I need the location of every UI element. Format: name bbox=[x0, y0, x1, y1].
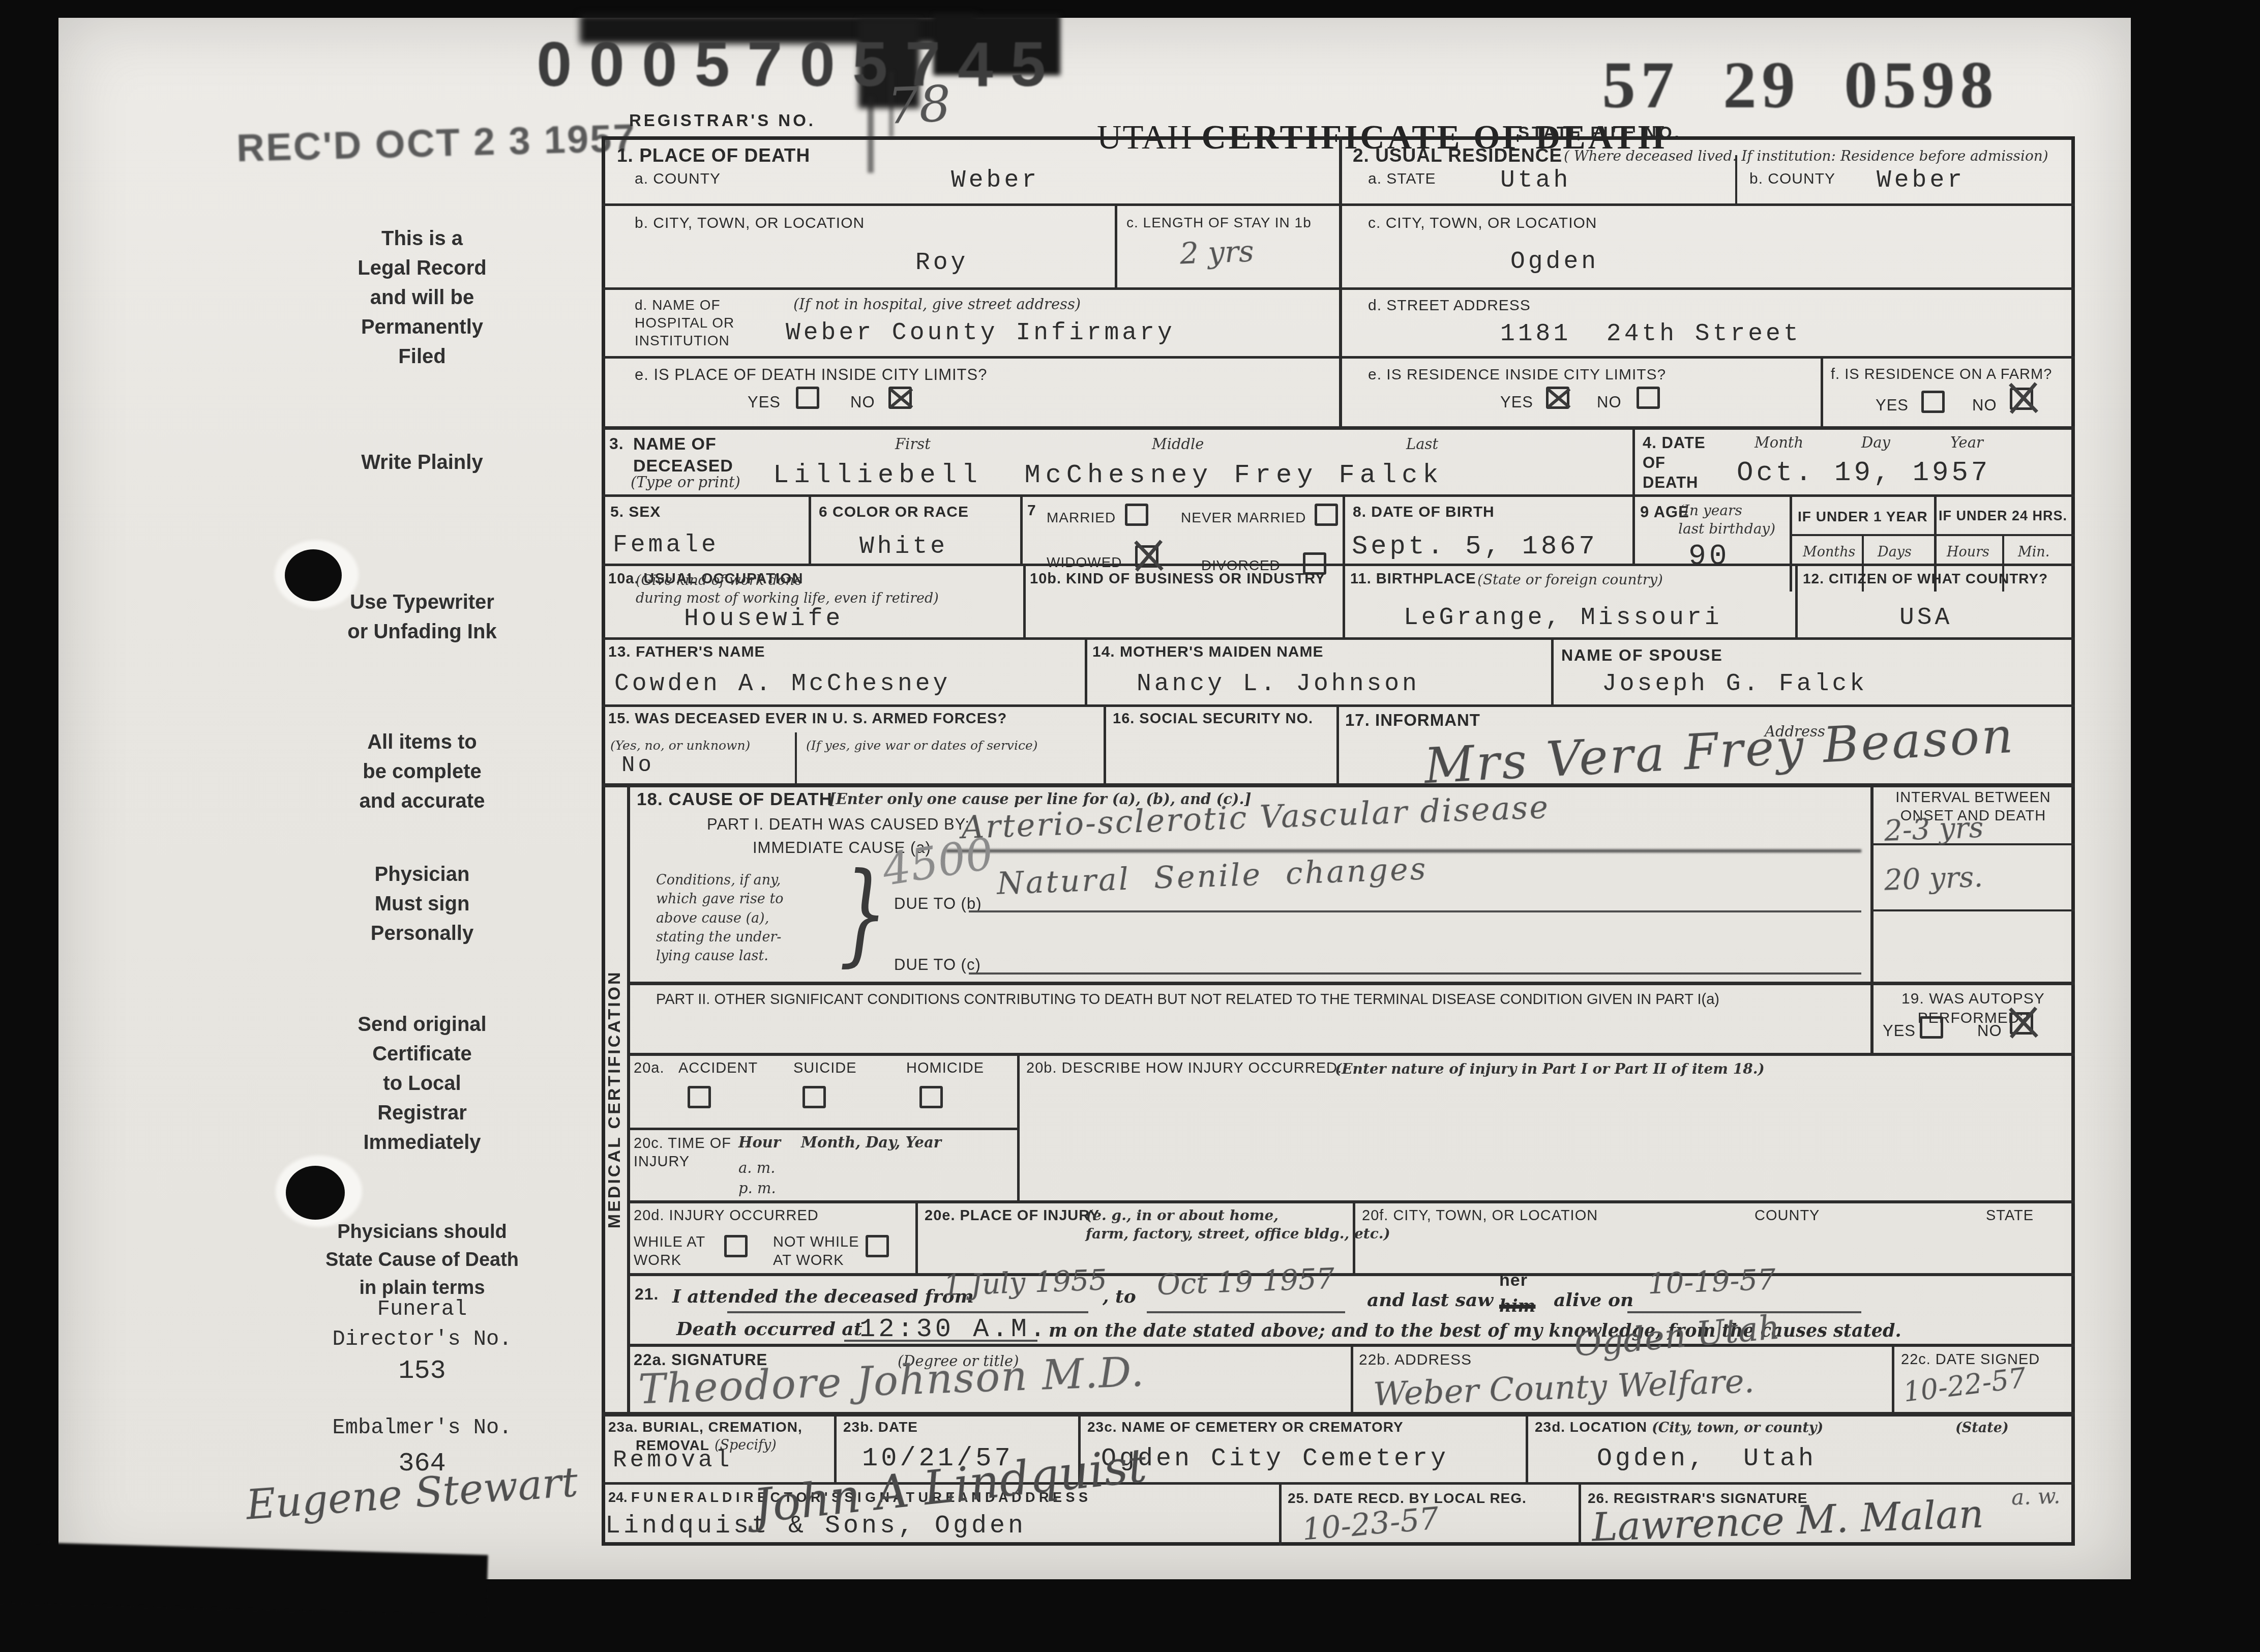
field-4-value: Oct. 19, 1957 bbox=[1737, 458, 1990, 489]
grid-line bbox=[602, 564, 2075, 566]
grid-line bbox=[1795, 564, 1798, 637]
field-9-value: 90 bbox=[1688, 540, 1730, 573]
grid-line bbox=[602, 426, 2075, 430]
field-19-yes-checkbox bbox=[1920, 1016, 1943, 1039]
grid-line bbox=[627, 1053, 2075, 1056]
field-4-day-label: Day bbox=[1861, 433, 1890, 453]
field-20a-number: 20a. bbox=[634, 1059, 664, 1077]
field-2a-value: Utah bbox=[1500, 167, 1571, 194]
field-1c-value: 2 yrs bbox=[1179, 233, 1255, 271]
grid-line bbox=[602, 287, 2075, 290]
grid-line bbox=[1526, 1412, 1528, 1482]
field-1e-no-checkbox bbox=[888, 387, 912, 409]
field-3-middle-label: Middle bbox=[1152, 435, 1204, 454]
margin-note-plain-terms: Physicians should State Cause of Death i… bbox=[254, 1218, 590, 1302]
field-2d-value: 1181 24th Street bbox=[1500, 320, 1801, 348]
field-1a-label: a. COUNTY bbox=[635, 169, 721, 189]
field-2c-label: c. CITY, TOWN, OR LOCATION bbox=[1368, 214, 1597, 233]
field-20f-state-label: STATE bbox=[1986, 1206, 2034, 1225]
field-12-label: 12. CITIZEN OF WHAT COUNTRY? bbox=[1803, 570, 2048, 587]
entry-underline bbox=[1147, 1311, 1345, 1313]
grid-line bbox=[1790, 534, 2075, 536]
grid-line bbox=[1551, 637, 1554, 704]
field-1b-label: b. CITY, TOWN, OR LOCATION bbox=[635, 214, 865, 233]
entry-underline bbox=[727, 1311, 1088, 1313]
field-10a-hint: (Give kind of work done during most of w… bbox=[636, 572, 1022, 607]
field-10b-label: 10b. KIND OF BUSINESS OR INDUSTRY bbox=[1030, 570, 1325, 588]
field-1e-yes-label: YES bbox=[748, 393, 781, 412]
embalmer-no-label: Embalmer's No. bbox=[254, 1413, 590, 1443]
scanned-death-certificate: This is a Legal Record and will be Perma… bbox=[0, 0, 2260, 1652]
field-18-due-to-c-label: DUE TO (c) bbox=[894, 955, 981, 975]
grid-line bbox=[602, 783, 2075, 787]
grid-line bbox=[1351, 1344, 1353, 1412]
grid-line bbox=[602, 1412, 2075, 1417]
margin-note-send-original: Send original Certificate to Local Regis… bbox=[254, 1010, 590, 1157]
field-7-widowed-checkbox bbox=[1135, 545, 1158, 568]
field-21-him-struck: him bbox=[1499, 1296, 1535, 1316]
field-23d-hint1: (City, town, or county) bbox=[1652, 1419, 1823, 1437]
field-9-months-label: Months bbox=[1803, 543, 1855, 561]
field-20b-hint: (Enter nature of injury in Part I or Par… bbox=[1335, 1060, 1765, 1078]
field-7-widowed-label: WIDOWED bbox=[1047, 553, 1122, 571]
field-23b-label: 23b. DATE bbox=[843, 1418, 918, 1436]
grid-line bbox=[1017, 1053, 1020, 1200]
field-2e-yes-label: YES bbox=[1500, 393, 1533, 412]
margin-note-use-typewriter: Use Typewriter or Unfading Ink bbox=[254, 587, 590, 646]
grid-line bbox=[1790, 494, 1792, 592]
field-20a-homicide-label: HOMICIDE bbox=[906, 1059, 984, 1077]
serial-number-stamp: 0005705745 bbox=[537, 28, 1063, 101]
field-20f-label: 20f. CITY, TOWN, OR LOCATION bbox=[1362, 1206, 1598, 1225]
field-3-hint: (Type or print) bbox=[631, 473, 740, 492]
field-13-label: 13. FATHER'S NAME bbox=[608, 642, 765, 662]
field-20a-suicide-label: SUICIDE bbox=[793, 1059, 857, 1077]
grid-line bbox=[915, 1200, 918, 1273]
field-9-hours-label: Hours bbox=[1947, 543, 1989, 561]
field-15-value: No bbox=[621, 753, 655, 778]
name-of-spouse-label: NAME OF SPOUSE bbox=[1561, 645, 1723, 665]
grid-line bbox=[602, 203, 2075, 206]
field-2d-label: d. STREET ADDRESS bbox=[1368, 296, 1531, 315]
field-20d-while-checkbox bbox=[724, 1235, 748, 1257]
field-1c-label: c. LENGTH OF STAY IN 1b bbox=[1126, 214, 1312, 231]
field-23c-value: Ogden City Cemetery bbox=[1101, 1444, 1449, 1473]
grid-line bbox=[1821, 356, 1823, 426]
grid-line bbox=[1023, 564, 1026, 637]
field-7-never-married-label: NEVER MARRIED bbox=[1181, 509, 1306, 526]
field-2f-label: f. IS RESIDENCE ON A FARM? bbox=[1831, 365, 2052, 383]
field-20e-hint: (e. g., in or about home, farm, factory,… bbox=[1086, 1206, 1390, 1244]
field-20b-label: 20b. DESCRIBE HOW INJURY OCCURRED. bbox=[1026, 1059, 1342, 1077]
field-21-her-correction: her bbox=[1499, 1270, 1528, 1291]
margin-note-write-plainly: Write Plainly bbox=[254, 448, 590, 477]
field-23c-label: 23c. NAME OF CEMETERY OR CREMATORY bbox=[1087, 1418, 1404, 1436]
field-14-value: Nancy L. Johnson bbox=[1137, 670, 1420, 698]
grid-line bbox=[809, 494, 811, 564]
punch-hole bbox=[286, 1166, 345, 1220]
grid-line bbox=[602, 356, 2075, 359]
field-11-hint: (State or foreign country) bbox=[1477, 571, 1663, 589]
field-8-value: Sept. 5, 1867 bbox=[1352, 532, 1598, 562]
grid-line bbox=[1343, 564, 1345, 637]
field-2-label: 2. USUAL RESIDENCE bbox=[1353, 144, 1562, 167]
field-21-text-1: I attended the deceased from bbox=[672, 1286, 974, 1307]
field-3-value: Lilliebell McChesney Frey Falck bbox=[773, 460, 1444, 490]
field-15-hint1: (Yes, no, or unknown) bbox=[610, 737, 750, 754]
field-1b-value: Roy bbox=[915, 249, 968, 277]
grid-line bbox=[1339, 136, 1342, 426]
field-20f-county-label: COUNTY bbox=[1755, 1206, 1820, 1225]
field-11-label: 11. BIRTHPLACE bbox=[1350, 570, 1476, 588]
field-4-label: 4. DATE OF DEATH bbox=[1643, 433, 1706, 492]
grid-line bbox=[1870, 909, 2075, 911]
field-16-label: 16. SOCIAL SECURITY NO. bbox=[1113, 710, 1313, 728]
field-20a-accident-checkbox bbox=[688, 1086, 711, 1108]
field-2f-no-checkbox bbox=[2010, 388, 2033, 410]
field-6-value: White bbox=[859, 533, 948, 560]
field-21-text-5: Death occurred at bbox=[676, 1318, 862, 1340]
field-11-value: LeGrange, Missouri bbox=[1404, 604, 1722, 632]
grid-line bbox=[627, 1200, 2075, 1203]
field-18-label: 18. CAUSE OF DEATH bbox=[637, 788, 832, 811]
funeral-director-no-value: 153 bbox=[254, 1353, 590, 1390]
field-3-first-label: First bbox=[895, 435, 931, 454]
field-18-part2-label: PART II. OTHER SIGNIFICANT CONDITIONS CO… bbox=[656, 990, 1719, 1009]
field-2-hint: ( Where deceased lived. If institution: … bbox=[1564, 147, 2048, 165]
field-23a-value: Removal bbox=[613, 1447, 732, 1473]
field-7-married-label: MARRIED bbox=[1047, 509, 1116, 526]
field-1d-value: Weber County Infirmary bbox=[786, 319, 1175, 347]
field-3-label: NAME OF DECEASED bbox=[633, 433, 733, 477]
field-1d-hint: (If not in hospital, give street address… bbox=[793, 295, 1081, 314]
grid-line bbox=[1279, 1482, 1282, 1546]
grid-line bbox=[627, 1128, 1017, 1130]
field-12-value: USA bbox=[1899, 604, 1952, 632]
field-19-no-label: NO bbox=[1977, 1021, 2002, 1041]
medical-strip-border bbox=[627, 783, 630, 1412]
field-20a-accident-label: ACCIDENT bbox=[678, 1059, 758, 1077]
field-1a-value: Weber bbox=[951, 167, 1039, 194]
field-21-text-3: and last saw bbox=[1367, 1289, 1493, 1311]
field-23a-label: 23a. BURIAL, CREMATION, bbox=[608, 1418, 802, 1436]
brace-icon: } bbox=[839, 842, 887, 986]
field-20a-suicide-checkbox bbox=[802, 1086, 826, 1108]
field-1-label: 1. PLACE OF DEATH bbox=[617, 144, 810, 167]
field-20c-pm-label: p. m. bbox=[738, 1179, 776, 1198]
registrar-no-label: REGISTRAR'S NO. bbox=[629, 110, 816, 131]
field-2f-yes-label: YES bbox=[1876, 396, 1909, 416]
field-23d-value: Ogden, Utah bbox=[1597, 1444, 1817, 1473]
field-2f-yes-checkbox bbox=[1921, 391, 1945, 413]
grid-line bbox=[1632, 494, 1635, 564]
field-4-year-label: Year bbox=[1950, 433, 1983, 453]
entry-underline bbox=[844, 1340, 1037, 1342]
interval-value-2: 20 yrs. bbox=[1884, 861, 1983, 897]
field-1d-label: d. NAME OF HOSPITAL OR INSTITUTION bbox=[635, 296, 734, 349]
cause-b-underline bbox=[969, 910, 1861, 912]
field-14-label: 14. MOTHER'S MAIDEN NAME bbox=[1092, 642, 1324, 662]
field-20a-homicide-checkbox bbox=[919, 1086, 943, 1108]
field-2b-value: Weber bbox=[1877, 167, 1965, 194]
field-18-part1-label: PART I. DEATH WAS CAUSED BY: bbox=[707, 815, 970, 835]
state-file-no-stamp: 57 29 0598 bbox=[1602, 46, 1999, 124]
field-3-last-label: Last bbox=[1406, 435, 1438, 454]
grid-line bbox=[602, 637, 2075, 640]
margin-note-physician-sign: Physician Must sign Personally bbox=[254, 860, 590, 948]
field-8-label: 8. DATE OF BIRTH bbox=[1353, 503, 1495, 522]
field-20c-am-label: a. m. bbox=[738, 1159, 775, 1178]
field-20d-while-label: WHILE AT WORK bbox=[634, 1233, 705, 1270]
grid-line bbox=[1632, 426, 1635, 494]
field-15-label: 15. WAS DECEASED EVER IN U. S. ARMED FOR… bbox=[608, 710, 1007, 728]
field-2f-no-label: NO bbox=[1972, 396, 1997, 416]
field-17-label: 17. INFORMANT bbox=[1345, 710, 1480, 730]
field-23d-hint2: (State) bbox=[1955, 1419, 2009, 1437]
field-2e-label: e. IS RESIDENCE INSIDE CITY LIMITS? bbox=[1368, 365, 1666, 385]
field-2a-label: a. STATE bbox=[1368, 169, 1436, 189]
field-9-under24-label: IF UNDER 24 HRS. bbox=[1939, 508, 2067, 525]
field-21-last-seen-date: 10-19-57 bbox=[1647, 1263, 1776, 1301]
field-20e-label: 20e. PLACE OF INJURY bbox=[925, 1206, 1099, 1225]
field-13-value: Cowden A. McChesney bbox=[614, 670, 950, 698]
field-19-no-checkbox bbox=[2010, 1012, 2033, 1035]
grid-line bbox=[795, 732, 797, 783]
field-2e-no-checkbox bbox=[1637, 387, 1660, 409]
funeral-director-no-label: Funeral Director's No. bbox=[254, 1294, 590, 1354]
field-22b-label: 22b. ADDRESS bbox=[1359, 1350, 1472, 1370]
grid-line bbox=[1870, 783, 1874, 1053]
field-23d-label: 23d. LOCATION bbox=[1535, 1418, 1647, 1436]
field-1e-label: e. IS PLACE OF DEATH INSIDE CITY LIMITS? bbox=[635, 365, 987, 385]
field-7-number: 7 bbox=[1027, 501, 1036, 520]
field-21-text-4: alive on bbox=[1554, 1289, 1633, 1311]
field-1e-no-label: NO bbox=[850, 393, 875, 412]
field-20d-notwhile-checkbox bbox=[866, 1235, 889, 1257]
grid-line bbox=[1115, 203, 1117, 287]
field-20c-hour-label: Hour bbox=[738, 1133, 781, 1153]
field-21-from-date: 1 July 1955 bbox=[943, 1263, 1108, 1302]
field-9-under1yr-label: IF UNDER 1 YEAR bbox=[1798, 508, 1928, 525]
margin-note-all-items: All items to be complete and accurate bbox=[254, 727, 590, 816]
cause-c-underline bbox=[969, 972, 1861, 975]
grid-line bbox=[1579, 1482, 1581, 1546]
field-18-conditions-note: Conditions, if any, which gave rise to a… bbox=[656, 871, 784, 965]
field-2c-value: Ogden bbox=[1510, 248, 1599, 276]
field-10a-value: Housewife bbox=[684, 605, 843, 633]
field-2b-label: b. COUNTY bbox=[1749, 169, 1835, 189]
field-19-yes-label: YES bbox=[1883, 1021, 1916, 1041]
grid-line bbox=[1343, 494, 1345, 564]
field-9-hint: (In years last birthday) bbox=[1678, 501, 1775, 539]
field-20c-label: 20c. TIME OF INJURY bbox=[634, 1134, 731, 1171]
field-21-number: 21. bbox=[635, 1284, 659, 1304]
field-20d-label: 20d. INJURY OCCURRED bbox=[634, 1206, 819, 1225]
field-20d-notwhile-label: NOT WHILE AT WORK bbox=[773, 1233, 859, 1270]
field-21-text-2: , to bbox=[1103, 1286, 1136, 1307]
field-2e-yes-checkbox bbox=[1546, 387, 1569, 409]
field-3-number: 3. bbox=[609, 433, 624, 454]
grid-line bbox=[1104, 704, 1106, 783]
grid-line bbox=[1336, 704, 1339, 783]
grid-line bbox=[1085, 637, 1087, 704]
registrar-initials: a. w. bbox=[2011, 1483, 2061, 1510]
field-9-min-label: Min. bbox=[2018, 543, 2049, 561]
grid-line bbox=[1892, 1344, 1894, 1412]
field-2e-no-label: NO bbox=[1597, 393, 1622, 412]
field-21-to-date: Oct 19 1957 bbox=[1156, 1262, 1335, 1302]
field-7-married-checkbox bbox=[1125, 504, 1148, 526]
grid-line bbox=[602, 494, 2075, 497]
field-20c-mdy-label: Month, Day, Year bbox=[801, 1133, 941, 1153]
grid-line bbox=[627, 1273, 2075, 1276]
medical-certification-label: MEDICAL CERTIFICATION bbox=[604, 819, 626, 1379]
field-9-days-label: Days bbox=[1878, 543, 1912, 561]
margin-note-legal-record: This is a Legal Record and will be Perma… bbox=[254, 224, 590, 371]
name-of-spouse-value: Joseph G. Falck bbox=[1602, 670, 1867, 698]
grid-line bbox=[1020, 494, 1023, 564]
field-5-label: 5. SEX bbox=[610, 503, 661, 522]
field-1e-yes-checkbox bbox=[796, 387, 819, 409]
field-15-hint2: (If yes, give war or dates of service) bbox=[806, 737, 1038, 754]
field-7-never-married-checkbox bbox=[1315, 504, 1338, 526]
field-5-value: Female bbox=[613, 532, 719, 559]
registrar-no-value: 78 bbox=[886, 75, 952, 135]
field-4-month-label: Month bbox=[1755, 433, 1803, 453]
field-6-label: 6 COLOR OR RACE bbox=[819, 503, 969, 522]
interval-value-1: 2-3 yrs bbox=[1884, 811, 1984, 848]
